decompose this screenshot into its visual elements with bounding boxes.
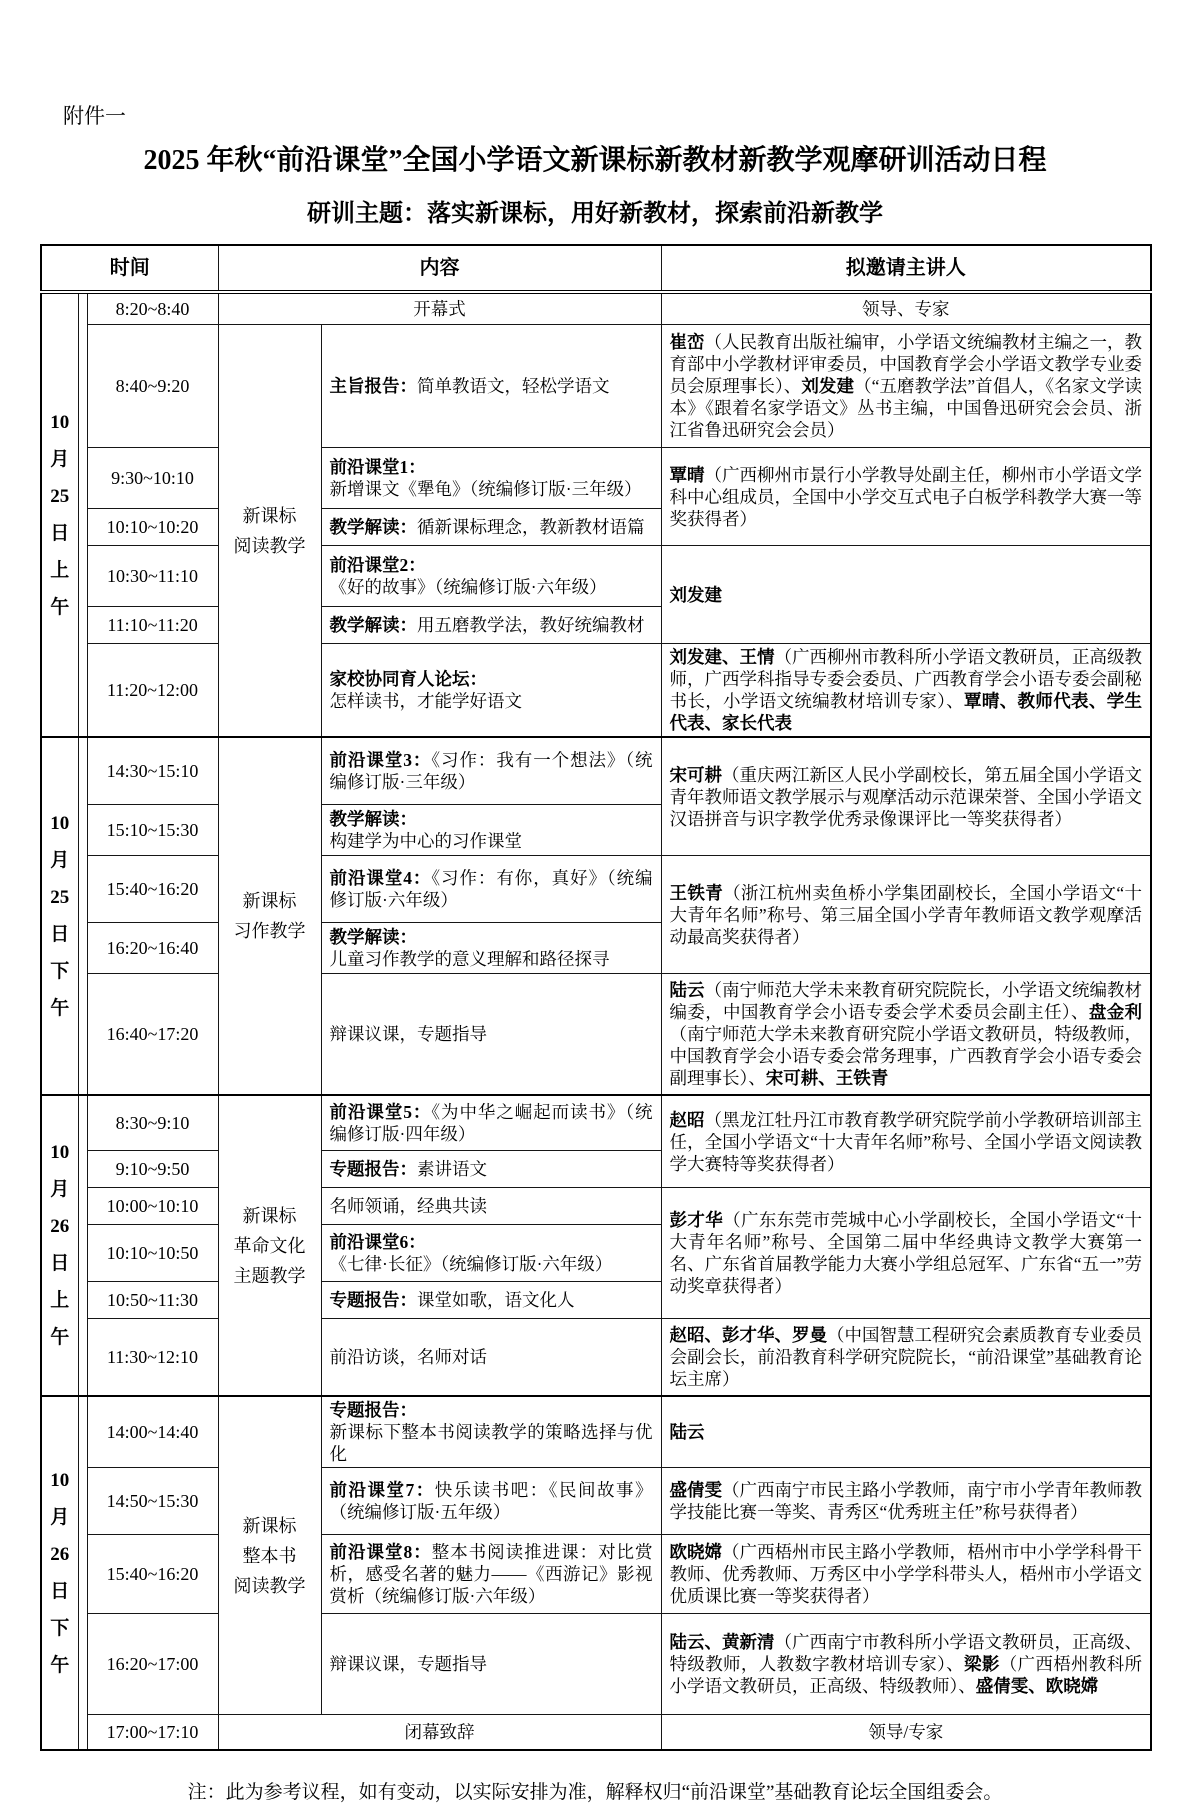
day-time-gap (78, 737, 87, 1095)
day-cell: 10月25日下午 (41, 737, 78, 1095)
day-label-char: 午 (42, 596, 78, 620)
content-cell: 前沿课堂2：《好的故事》（统编修订版·六年级） (321, 546, 661, 607)
category-line: 阅读教学 (223, 535, 317, 557)
category-cell: 新课标阅读教学 (218, 325, 321, 738)
day-cell: 10月25日上午 (41, 292, 78, 737)
speaker-cell: 盛倩雯（广西南宁市民主路小学教师，南宁市小学青年教师教学技能比赛一等奖、青秀区“… (661, 1468, 1151, 1535)
day-label-char: 10 (42, 411, 78, 435)
header-content: 内容 (218, 245, 661, 292)
category-line: 新课标 (223, 890, 317, 912)
header-speaker: 拟邀请主讲人 (661, 245, 1151, 292)
content-cell: 前沿课堂8：整本书阅读推进课：对比赏析，感受名著的魅力——《西游记》影视赏析（统… (321, 1535, 661, 1614)
content-cell: 辩课议课，专题指导 (321, 1614, 661, 1715)
time-cell: 11:30~12:10 (87, 1319, 218, 1397)
speaker-cell: 陆云（南宁师范大学未来教育研究院院长，小学语文统编教材编委，中国教育学会小语专委… (661, 974, 1151, 1096)
category-line: 革命文化 (223, 1235, 317, 1257)
table-row: 15:40~16:20前沿课堂8：整本书阅读推进课：对比赏析，感受名著的魅力——… (41, 1535, 1151, 1614)
time-cell: 9:30~10:10 (87, 448, 218, 509)
content-cell: 闭幕致辞 (218, 1715, 661, 1751)
content-cell: 开幕式 (218, 292, 661, 325)
table-row: 16:40~17:20辩课议课，专题指导陆云（南宁师范大学未来教育研究院院长，小… (41, 974, 1151, 1096)
speaker-cell: 王铁青（浙江杭州卖鱼桥小学集团副校长，全国小学语文“十大青年名师”称号、第三届全… (661, 856, 1151, 974)
content-cell: 前沿课堂1：新增课文《犟龟》（统编修订版·三年级） (321, 448, 661, 509)
content-cell: 前沿访谈，名师对话 (321, 1319, 661, 1397)
speaker-cell: 覃晴（广西柳州市景行小学教导处副主任，柳州市小学语文学科中心组成员，全国中小学交… (661, 448, 1151, 546)
time-cell: 14:50~15:30 (87, 1468, 218, 1535)
day-label-char: 下 (42, 960, 78, 984)
time-cell: 10:10~10:50 (87, 1225, 218, 1282)
category-cell: 新课标整本书阅读教学 (218, 1396, 321, 1715)
time-cell: 16:40~17:20 (87, 974, 218, 1096)
speaker-cell: 陆云、黄新清（广西南宁市教科所小学语文教研员，正高级、特级教师，人教数字教材培训… (661, 1614, 1151, 1715)
header-time: 时间 (41, 245, 218, 292)
day-time-gap (78, 1396, 87, 1750)
day-label-char: 月 (42, 1506, 78, 1530)
table-row: 11:20~12:00家校协同育人论坛：怎样读书，才能学好语文刘发建、王情（广西… (41, 644, 1151, 738)
time-cell: 14:00~14:40 (87, 1396, 218, 1468)
time-cell: 10:50~11:30 (87, 1282, 218, 1319)
day-cell: 10月26日下午 (41, 1396, 78, 1750)
category-line: 整本书 (223, 1545, 317, 1567)
category-line: 阅读教学 (223, 1575, 317, 1597)
table-row: 8:40~9:20新课标阅读教学主旨报告：简单教语文，轻松学语文崔峦（人民教育出… (41, 325, 1151, 448)
category-line: 习作教学 (223, 920, 317, 942)
time-cell: 9:10~9:50 (87, 1151, 218, 1188)
day-label-char: 10 (42, 1469, 78, 1493)
table-row: 15:40~16:20前沿课堂4：《习作：有你，真好》（统编修订版·六年级）王铁… (41, 856, 1151, 923)
time-cell: 15:10~15:30 (87, 805, 218, 856)
day-label-char: 月 (42, 1178, 78, 1202)
table-header-row: 时间 内容 拟邀请主讲人 (41, 245, 1151, 292)
table-row: 11:30~12:10前沿访谈，名师对话赵昭、彭才华、罗曼（中国智慧工程研究会素… (41, 1319, 1151, 1397)
day-label-char: 月 (42, 448, 78, 472)
schedule-table: 时间 内容 拟邀请主讲人 10月25日上午8:20~8:40开幕式领导、专家8:… (40, 244, 1152, 1751)
table-row: 10月26日下午14:00~14:40新课标整本书阅读教学专题报告：新课标下整本… (41, 1396, 1151, 1468)
speaker-cell: 赵昭、彭才华、罗曼（中国智慧工程研究会素质教育专业委员会副会长，前沿教育科学研究… (661, 1319, 1151, 1397)
content-cell: 专题报告：新课标下整本书阅读教学的策略选择与优化 (321, 1396, 661, 1468)
speaker-cell: 赵昭（黑龙江牡丹江市教育教学研究院学前小学教研培训部主任，全国小学语文“十大青年… (661, 1095, 1151, 1188)
category-line: 新课标 (223, 1205, 317, 1227)
table-row: 10月26日上午8:30~9:10新课标革命文化主题教学前沿课堂5：《为中华之崛… (41, 1095, 1151, 1151)
content-cell: 前沿课堂7：快乐读书吧：《民间故事》（统编修订版·五年级） (321, 1468, 661, 1535)
content-cell: 教学解读：儿童习作教学的意义理解和路径探寻 (321, 923, 661, 974)
table-row: 10:30~11:10前沿课堂2：《好的故事》（统编修订版·六年级）刘发建 (41, 546, 1151, 607)
time-cell: 8:40~9:20 (87, 325, 218, 448)
speaker-cell: 彭才华（广东东莞市莞城中心小学副校长，全国小学语文“十大青年名师”称号、全国第二… (661, 1188, 1151, 1319)
time-cell: 10:30~11:10 (87, 546, 218, 607)
time-cell: 10:10~10:20 (87, 509, 218, 546)
day-label-char: 上 (42, 559, 78, 583)
day-label-char: 午 (42, 1326, 78, 1350)
note-text: 注：此为参考议程，如有变动，以实际安排为准，解释权归“前沿课堂”基础教育论坛全国… (40, 1777, 1150, 1804)
speaker-cell: 刘发建 (661, 546, 1151, 644)
content-cell: 主旨报告：简单教语文，轻松学语文 (321, 325, 661, 448)
time-cell: 16:20~16:40 (87, 923, 218, 974)
day-label-char: 月 (42, 849, 78, 873)
category-line: 新课标 (223, 1515, 317, 1537)
table-row: 16:20~17:00辩课议课，专题指导陆云、黄新清（广西南宁市教科所小学语文教… (41, 1614, 1151, 1715)
speaker-cell: 崔峦（人民教育出版社编审，小学语文统编教材主编之一，教育部中小学教材评审委员，中… (661, 325, 1151, 448)
content-cell: 专题报告：素讲语文 (321, 1151, 661, 1188)
time-cell: 16:20~17:00 (87, 1614, 218, 1715)
day-label-char: 日 (42, 1252, 78, 1276)
speaker-cell: 宋可耕（重庆两江新区人民小学副校长，第五届全国小学语文青年教师语文教学展示与观摩… (661, 737, 1151, 856)
day-label-char: 下 (42, 1617, 78, 1641)
day-label-char: 日 (42, 1580, 78, 1604)
time-cell: 17:00~17:10 (87, 1715, 218, 1751)
speaker-cell: 陆云 (661, 1396, 1151, 1468)
content-cell: 教学解读：用五磨教学法，教好统编教材 (321, 607, 661, 644)
content-cell: 教学解读：构建学为中心的习作课堂 (321, 805, 661, 856)
day-time-gap (78, 292, 87, 737)
day-label-char: 上 (42, 1289, 78, 1313)
page-subtitle: 研训主题：落实新课标，用好新教材，探索前沿新教学 (40, 193, 1150, 228)
day-label-char: 25 (42, 485, 78, 509)
day-label-char: 26 (42, 1215, 78, 1239)
time-cell: 11:20~12:00 (87, 644, 218, 738)
day-time-gap (78, 1095, 87, 1396)
table-row: 10月25日下午14:30~15:10新课标习作教学前沿课堂3：《习作：我有一个… (41, 737, 1151, 805)
page-title: 2025 年秋“前沿课堂”全国小学语文新课标新教材新教学观摩研训活动日程 (40, 138, 1150, 178)
time-cell: 15:40~16:20 (87, 856, 218, 923)
time-cell: 8:20~8:40 (87, 292, 218, 325)
attachment-label: 附件一 (63, 100, 1150, 130)
content-cell: 前沿课堂3：《习作：我有一个想法》（统编修订版·三年级） (321, 737, 661, 805)
category-line: 主题教学 (223, 1265, 317, 1287)
day-cell: 10月26日上午 (41, 1095, 78, 1396)
day-label-char: 日 (42, 923, 78, 947)
day-label-char: 25 (42, 886, 78, 910)
day-label-char: 午 (42, 997, 78, 1021)
speaker-cell: 领导/专家 (661, 1715, 1151, 1751)
content-cell: 名师领诵，经典共读 (321, 1188, 661, 1225)
time-cell: 10:00~10:10 (87, 1188, 218, 1225)
speaker-cell: 领导、专家 (661, 292, 1151, 325)
time-cell: 11:10~11:20 (87, 607, 218, 644)
content-cell: 辩课议课，专题指导 (321, 974, 661, 1096)
day-label-char: 10 (42, 1141, 78, 1165)
time-cell: 8:30~9:10 (87, 1095, 218, 1151)
time-cell: 14:30~15:10 (87, 737, 218, 805)
table-row: 10:00~10:10名师领诵，经典共读彭才华（广东东莞市莞城中心小学副校长，全… (41, 1188, 1151, 1225)
day-label-char: 10 (42, 812, 78, 836)
table-row: 17:00~17:10闭幕致辞领导/专家 (41, 1715, 1151, 1751)
day-label-char: 日 (42, 522, 78, 546)
document-page: { "page": { "attachment": "附件一", "title"… (0, 0, 1191, 1804)
content-cell: 教学解读：循新课标理念，教新教材语篇 (321, 509, 661, 546)
content-cell: 专题报告：课堂如歌，语文化人 (321, 1282, 661, 1319)
table-row: 10月25日上午8:20~8:40开幕式领导、专家 (41, 292, 1151, 325)
content-cell: 前沿课堂5：《为中华之崛起而读书》（统编修订版·四年级） (321, 1095, 661, 1151)
time-cell: 15:40~16:20 (87, 1535, 218, 1614)
category-cell: 新课标革命文化主题教学 (218, 1095, 321, 1396)
day-label-char: 午 (42, 1654, 78, 1678)
speaker-cell: 欧晓嫦（广西梧州市民主路小学教师，梧州市中小学学科骨干教师、优秀教师、万秀区中小… (661, 1535, 1151, 1614)
content-cell: 前沿课堂4：《习作：有你，真好》（统编修订版·六年级） (321, 856, 661, 923)
category-cell: 新课标习作教学 (218, 737, 321, 1095)
speaker-cell: 刘发建、王情（广西柳州市教科所小学语文教研员，正高级教师，广西学科指导专委会委员… (661, 644, 1151, 738)
category-line: 新课标 (223, 505, 317, 527)
content-cell: 前沿课堂6：《七律·长征》（统编修订版·六年级） (321, 1225, 661, 1282)
table-row: 9:30~10:10前沿课堂1：新增课文《犟龟》（统编修订版·三年级）覃晴（广西… (41, 448, 1151, 509)
content-cell: 家校协同育人论坛：怎样读书，才能学好语文 (321, 644, 661, 738)
table-row: 14:50~15:30前沿课堂7：快乐读书吧：《民间故事》（统编修订版·五年级）… (41, 1468, 1151, 1535)
day-label-char: 26 (42, 1543, 78, 1567)
